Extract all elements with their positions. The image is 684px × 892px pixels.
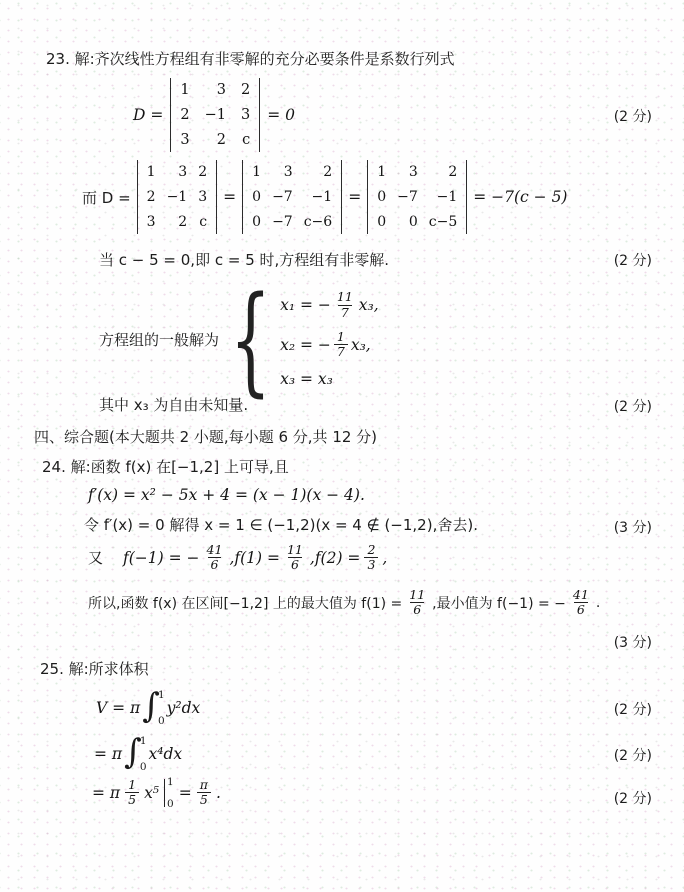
- fraction: 41 6: [204, 543, 226, 573]
- det-cell: 2: [448, 164, 457, 180]
- fraction-numerator: 11: [284, 543, 306, 557]
- det-cell: 3: [284, 164, 293, 180]
- evaluation-limits: 1 0: [165, 776, 174, 809]
- fraction: 1 5: [125, 778, 139, 808]
- determinant-grid: 1 3 2 0 −7 −1 0 0 c−5: [377, 164, 457, 230]
- det-cell: 1: [377, 164, 386, 180]
- lower-limit: 0: [167, 799, 174, 810]
- fraction: 2 3: [364, 543, 378, 573]
- section4-header: 四、综合题(本大题共 2 小题,每小题 6 分,共 12 分): [34, 426, 377, 447]
- equals-sign: =: [348, 188, 361, 206]
- score-badge: (3 分): [614, 632, 652, 652]
- fraction-denominator: 6: [288, 557, 302, 572]
- also-label: 又: [88, 547, 103, 568]
- eq-lhs: = π: [94, 745, 122, 763]
- det-cell: 2: [180, 107, 189, 123]
- det-cell: 1: [180, 82, 189, 98]
- determinant-matrix: 1 3 2 2 −1 3 3 2 c: [170, 78, 260, 152]
- det-cell: −1: [437, 189, 458, 205]
- evaluation-bar: 1 0: [164, 776, 174, 809]
- p23-determinant-chain: 而 D = 1 3 2 2 −1 3 3 2 c = 1 3 2 0 −7 −1: [82, 160, 567, 234]
- value-text: ,: [382, 549, 387, 567]
- integrand: y²dx: [167, 699, 201, 717]
- fraction-denominator: 7: [338, 305, 352, 320]
- p24-values-line: 又 f(−1) = − 41 6 ,f(1) = 11 6 ,f(2) = 2 …: [88, 543, 387, 573]
- conclusion-text: ,最小值为 f(−1) = −: [432, 593, 566, 613]
- p24-header: 24. 解:函数 f(x) 在[−1,2] 上可导,且: [42, 456, 289, 477]
- p25-volume-eq2: = π ∫ 1 0 x⁴dx: [94, 734, 182, 774]
- p25-volume-eq1: V = π ∫ 1 0 y²dx: [96, 688, 200, 728]
- fraction-numerator: 11: [334, 290, 356, 304]
- equals-sign: =: [223, 188, 236, 206]
- det-cell: c: [199, 214, 207, 230]
- det-cell: 0: [377, 214, 386, 230]
- conclusion-text: .: [596, 595, 600, 611]
- determinant-grid: 1 3 2 2 −1 3 3 2 c: [147, 164, 207, 230]
- determinant-matrix: 1 3 2 2 −1 3 3 2 c: [137, 160, 217, 234]
- determinant-grid: 1 3 2 2 −1 3 3 2 c: [180, 82, 250, 148]
- case-lhs: x₁ = −: [280, 296, 331, 314]
- det-cell: 2: [217, 132, 226, 148]
- score-badge: (2 分): [614, 788, 652, 808]
- det-cell: 3: [198, 189, 207, 205]
- fraction-denominator: 6: [574, 602, 588, 617]
- det-cell: −7: [397, 189, 418, 205]
- det-cell: 3: [217, 82, 226, 98]
- fraction: 1 7: [334, 330, 348, 360]
- fraction-denominator: 3: [364, 557, 378, 572]
- eq-lhs: D =: [133, 106, 163, 124]
- score-badge: (2 分): [614, 745, 652, 765]
- p23-general-solution: 方程组的一般解为 { x₁ = − 11 7 x₃, x₂ = − 1 7 x₃…: [99, 280, 379, 398]
- integrand: x⁴dx: [149, 745, 183, 763]
- p25-header: 25. 解:所求体积: [40, 658, 149, 679]
- det-cell: c: [242, 132, 250, 148]
- p23-free-variable-line: 其中 x₃ 为自由未知量.: [99, 394, 248, 415]
- case-line: x₂ = − 1 7 x₃,: [280, 330, 379, 360]
- eq-lhs: 而 D =: [82, 187, 131, 208]
- fraction: 11 7: [334, 290, 356, 320]
- fraction-denominator: 6: [208, 557, 222, 572]
- det-cell: 0: [252, 189, 261, 205]
- det-cell: 1: [252, 164, 261, 180]
- eq-lhs: V = π: [96, 699, 140, 717]
- det-cell: 3: [409, 164, 418, 180]
- scanned-answer-sheet: 23. 解:齐次线性方程组有非零解的充分必要条件是系数行列式 D = 1 3 2…: [0, 0, 684, 892]
- p23-determinant-equation: D = 1 3 2 2 −1 3 3 2 c = 0: [133, 78, 295, 152]
- case-text: x₃ = x₃: [280, 370, 333, 388]
- fraction-numerator: 41: [570, 588, 592, 602]
- det-cell: −1: [312, 189, 333, 205]
- fraction-denominator: 5: [125, 792, 139, 807]
- determinant-grid: 1 3 2 0 −7 −1 0 −7 c−6: [252, 164, 332, 230]
- fraction-numerator: 2: [364, 543, 378, 557]
- fraction-numerator: π: [197, 778, 211, 792]
- case-line: x₃ = x₃: [280, 370, 379, 388]
- eq-rhs: = −7(c − 5): [473, 188, 567, 206]
- upper-limit: 1: [167, 777, 174, 788]
- p23-condition-line: 当 c − 5 = 0,即 c = 5 时,方程组有非零解.: [99, 249, 389, 270]
- determinant-matrix: 1 3 2 0 −7 −1 0 −7 c−6: [242, 160, 342, 234]
- power-term: x⁵: [144, 784, 159, 802]
- p25-volume-eq3: = π 1 5 x⁵ 1 0 = π 5 .: [92, 776, 221, 809]
- case-rhs: x₃,: [351, 336, 371, 354]
- fraction-denominator: 7: [334, 344, 348, 359]
- fraction: 11 6: [284, 543, 306, 573]
- det-cell: c−6: [304, 214, 332, 230]
- p24-derivative-line: f′(x) = x² − 5x + 4 = (x − 1)(x − 4).: [88, 486, 365, 504]
- integral-sign: ∫: [142, 689, 160, 723]
- case-line: x₁ = − 11 7 x₃,: [280, 290, 379, 320]
- fraction: 11 6: [406, 588, 428, 618]
- det-cell: 3: [178, 164, 187, 180]
- det-cell: 2: [241, 82, 250, 98]
- integral: ∫ 1 0: [124, 734, 146, 774]
- fraction-numerator: 1: [125, 778, 139, 792]
- det-cell: −7: [272, 189, 293, 205]
- fraction-numerator: 11: [406, 588, 428, 602]
- value-text: ,f(2) =: [310, 549, 361, 567]
- fraction-denominator: 6: [410, 602, 424, 617]
- eq-rhs: = 0: [267, 106, 295, 124]
- fraction-denominator: 5: [197, 792, 211, 807]
- score-badge: (2 分): [614, 396, 652, 416]
- integral: ∫ 1 0: [142, 688, 164, 728]
- case-rhs: x₃,: [359, 296, 379, 314]
- det-cell: 1: [147, 164, 156, 180]
- det-cell: 2: [323, 164, 332, 180]
- p24-conclusion-line: 所以,函数 f(x) 在区间[−1,2] 上的最大值为 f(1) = 11 6 …: [88, 588, 600, 618]
- fraction: π 5: [197, 778, 211, 808]
- equals-sign: =: [179, 784, 192, 802]
- case-lhs: x₂ = −: [280, 336, 331, 354]
- fraction-numerator: 41: [204, 543, 226, 557]
- det-cell: 0: [409, 214, 418, 230]
- fraction: 41 6: [570, 588, 592, 618]
- value-text: ,f(1) =: [229, 549, 280, 567]
- score-badge: (3 分): [614, 517, 652, 537]
- left-brace: {: [230, 280, 271, 398]
- det-cell: −1: [205, 107, 226, 123]
- det-cell: 2: [147, 189, 156, 205]
- score-badge: (2 分): [614, 106, 652, 126]
- integral-sign: ∫: [124, 735, 142, 769]
- general-solution-label: 方程组的一般解为: [99, 329, 219, 350]
- conclusion-text: 所以,函数 f(x) 在区间[−1,2] 上的最大值为 f(1) =: [88, 593, 402, 613]
- fraction-numerator: 1: [334, 330, 348, 344]
- det-cell: 0: [252, 214, 261, 230]
- det-cell: 3: [241, 107, 250, 123]
- period: .: [216, 784, 221, 802]
- det-cell: 2: [178, 214, 187, 230]
- det-cell: −1: [167, 189, 188, 205]
- p23-header: 23. 解:齐次线性方程组有非零解的充分必要条件是系数行列式: [46, 48, 455, 69]
- det-cell: c−5: [429, 214, 457, 230]
- eq-lhs: = π: [92, 784, 120, 802]
- determinant-matrix: 1 3 2 0 −7 −1 0 0 c−5: [367, 160, 467, 234]
- solution-cases: x₁ = − 11 7 x₃, x₂ = − 1 7 x₃, x₃ = x₃: [280, 290, 379, 388]
- det-cell: 2: [198, 164, 207, 180]
- det-cell: 3: [180, 132, 189, 148]
- score-badge: (2 分): [614, 250, 652, 270]
- det-cell: 0: [377, 189, 386, 205]
- p24-solve-line: 令 f′(x) = 0 解得 x = 1 ∈ (−1,2)(x = 4 ∉ (−…: [84, 514, 478, 535]
- det-cell: 3: [147, 214, 156, 230]
- value-text: f(−1) = −: [123, 549, 200, 567]
- det-cell: −7: [272, 214, 293, 230]
- score-badge: (2 分): [614, 699, 652, 719]
